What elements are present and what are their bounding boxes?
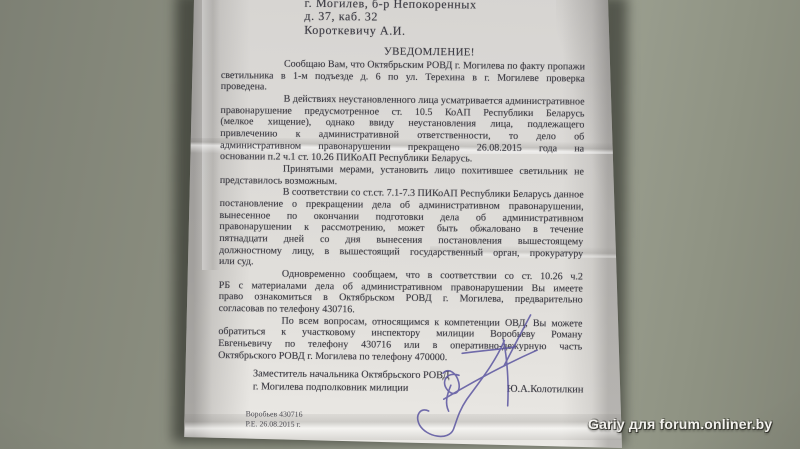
document-title: УВЕДОМЛЕНИЕ! — [384, 46, 475, 59]
executor-line: Воробьев 430716 — [246, 409, 303, 420]
recipient-line: Короткевичу А.И. — [304, 24, 476, 39]
document-paper: г. Могилев, б-р Непокоренных д. 37, каб.… — [0, 0, 800, 449]
watermark-text: Gariy для forum.onliner.by — [588, 416, 772, 432]
document-content: г. Могилев, б-р Непокоренных д. 37, каб.… — [0, 0, 800, 449]
executor-note: Воробьев 430716 Р.Е. 26.08.2015 г. — [245, 409, 302, 430]
executor-line: Р.Е. 26.08.2015 г. — [245, 420, 302, 431]
photo-of-document: г. Могилев, б-р Непокоренных д. 37, каб.… — [0, 0, 800, 449]
recipient-address: г. Могилев, б-р Непокоренных д. 37, каб.… — [304, 0, 476, 39]
handwritten-signature — [406, 307, 557, 449]
